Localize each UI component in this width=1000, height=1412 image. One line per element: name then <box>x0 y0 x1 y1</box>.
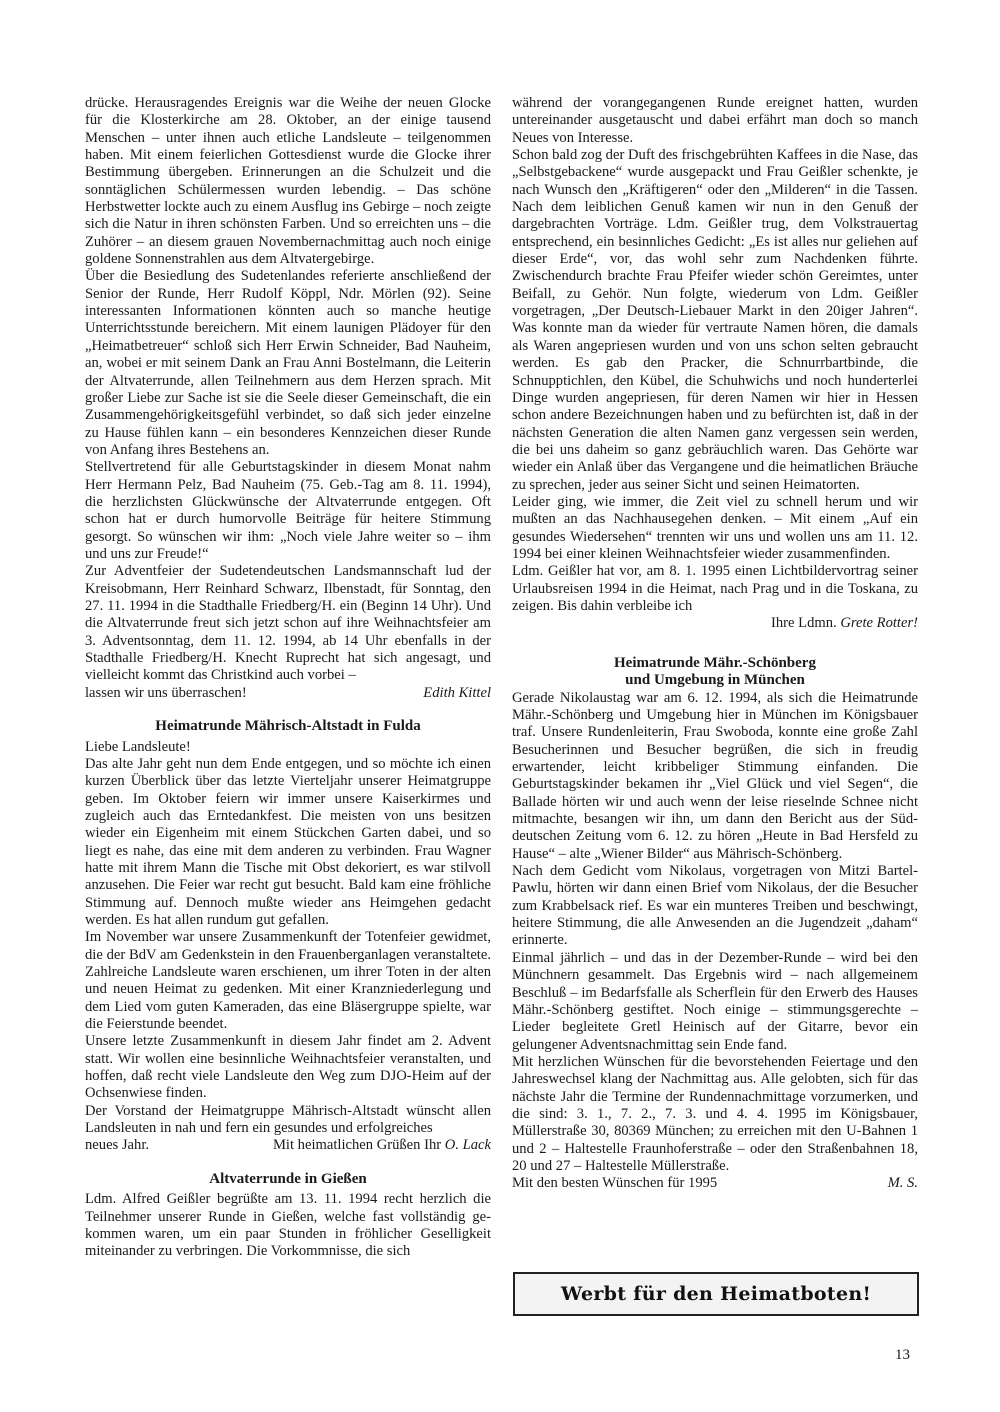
intro-paragraph: Über die Besiedlung des Sudetenlandes re… <box>85 268 491 459</box>
muenchen-closing: Mit den besten Wünschen für 1995 <box>512 1175 717 1192</box>
fulda-paragraph: Unsere letzte Zusammenkunft in diesem Ja… <box>85 1033 491 1102</box>
giessen-paragraph: Ldm. Alfred Geißler begrüßte am 13. 11. … <box>85 1191 491 1260</box>
muenchen-paragraph: Mit herzlichen Wünschen für die bevorste… <box>512 1054 918 1175</box>
section-heading-muenchen: Heimatrunde Mähr.-Schönberg und Umgebung… <box>512 655 918 690</box>
heading-line: Heimatrunde Mähr.-Schönberg <box>614 655 816 671</box>
left-column: drücke. Herausragendes Ereignis war die … <box>85 95 491 1261</box>
muenchen-paragraph: Einmal jährlich – und das in der Dezembe… <box>512 950 918 1054</box>
giessen-paragraph: Ldm. Geißler hat vor, am 8. 1. 1995 eine… <box>512 563 918 615</box>
author-signature: Grete Rotter! <box>840 615 918 631</box>
intro-paragraph: drücke. Herausragendes Ereignis war die … <box>85 95 491 268</box>
muenchen-paragraph: Nach dem Gedicht vom Nikolaus, vorgetrag… <box>512 863 918 950</box>
right-column: während der vorangegangenen Runde ereign… <box>512 95 918 1193</box>
fulda-paragraph: Der Vorstand der Heimatgruppe Mährisch-A… <box>85 1103 491 1138</box>
heading-line: und Umgebung in München <box>625 672 805 688</box>
fulda-closing-right: Mit heimatlichen Grüßen Ihr <box>273 1137 441 1153</box>
intro-closing-text: lassen wir uns überraschen! <box>85 685 247 702</box>
intro-signature-line: lassen wir uns überraschen! Edith Kittel <box>85 685 491 702</box>
giessen-paragraph: Schon bald zog der Duft des frischgebrüh… <box>512 147 918 494</box>
author-signature: M. S. <box>888 1175 918 1192</box>
fulda-closing-left: neues Jahr. <box>85 1137 149 1154</box>
fulda-paragraph: Das alte Jahr geht nun dem Ende entgegen… <box>85 756 491 929</box>
advertisement-box: Werbt für den Heimatboten! <box>513 1272 919 1316</box>
fulda-paragraph: Im November war unsere Zusammenkunft der… <box>85 929 491 1033</box>
greeting: Liebe Landsleute! <box>85 739 491 756</box>
giessen-paragraph: während der vorangegangenen Runde ereign… <box>512 95 918 147</box>
advertisement-text: Werbt für den Heimatboten! <box>561 1283 871 1305</box>
fulda-closing-right-group: Mit heimatlichen Grüßen Ihr O. Lack <box>273 1137 491 1154</box>
fulda-signature-line: neues Jahr. Mit heimatlichen Grüßen Ihr … <box>85 1137 491 1154</box>
muenchen-paragraph: Gerade Nikolaustag war am 6. 12. 1994, a… <box>512 690 918 863</box>
author-signature: O. Lack <box>445 1137 491 1153</box>
intro-paragraph: Zur Adventfeier der Sudetendeutschen Lan… <box>85 563 491 684</box>
section-heading-fulda: Heimatrunde Mährisch-Altstadt in Fulda <box>85 718 491 736</box>
author-signature: Edith Kittel <box>423 685 491 702</box>
giessen-paragraph: Leider ging, wie immer, die Zeit viel zu… <box>512 494 918 563</box>
page-number: 13 <box>895 1347 910 1364</box>
muenchen-signature-line: Mit den besten Wünschen für 1995 M. S. <box>512 1175 918 1192</box>
newsletter-page: drücke. Herausragendes Ereignis war die … <box>0 0 1000 1412</box>
section-heading-giessen: Altvaterrunde in Gießen <box>85 1171 491 1189</box>
giessen-signature-line: Ihre Ldmn. Grete Rotter! <box>512 615 918 632</box>
intro-paragraph: Stellvertretend für alle Geburtstagskind… <box>85 459 491 563</box>
giessen-closing: Ihre Ldmn. <box>771 615 837 631</box>
